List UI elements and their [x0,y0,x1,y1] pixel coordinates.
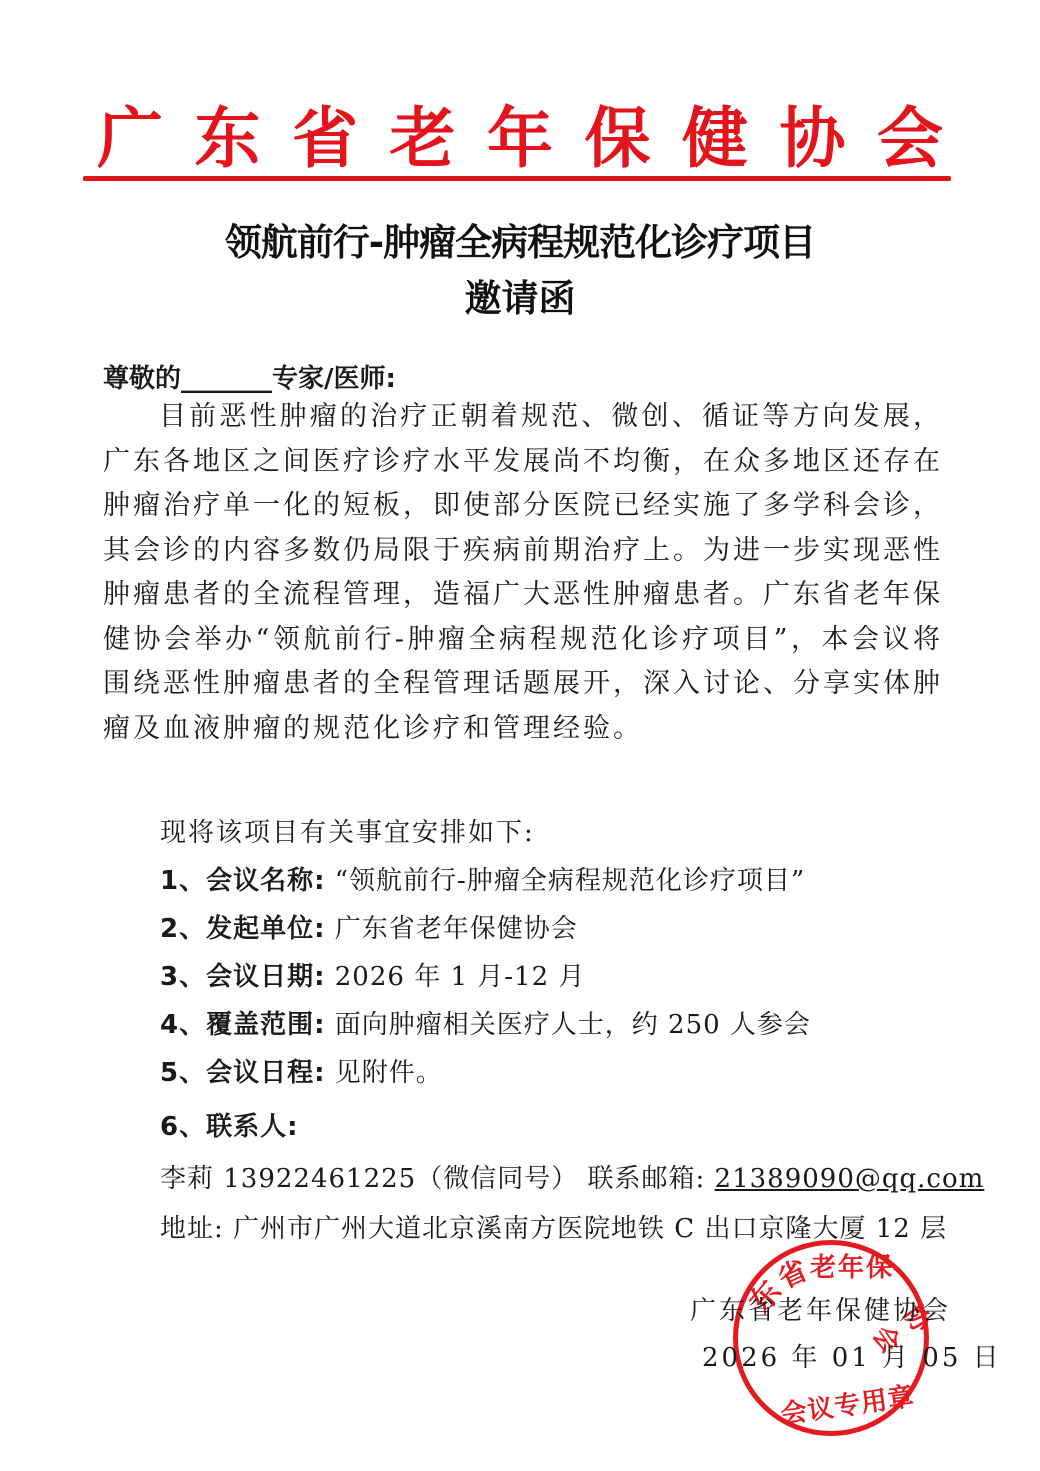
arrangement-intro: 现将该项目有关事宜安排如下: [160,812,535,849]
item-contact-person: 6、联系人: [160,1106,299,1143]
item-value: 面向肿瘤相关医疗人士，约 250 人参会 [335,1010,811,1040]
letterhead-org-name: 广 东 省 老 年 保 健 协 会 [90,98,950,178]
seal-bottom-text: 会议专用章 [778,1376,917,1431]
body-paragraph: 目前恶性肿瘤的治疗正朝着规范、微创、循证等方向发展，广东各地区之间医疗诊疗水平发… [103,395,943,751]
item-label: 1、会议名称: [160,866,326,896]
letterhead-char: 省 [285,98,365,178]
item-label: 2、发起单位: [160,914,326,944]
contact-line: 李莉 13922461225（微信同号） 联系邮箱: 21389090@qq.c… [160,1158,984,1195]
document-subtitle: 邀请函 [0,268,1040,322]
item-organizer: 2、发起单位: 广东省老年保健协会 [160,908,578,945]
letterhead-char: 协 [773,98,853,178]
item-label: 6、联系人: [160,1112,299,1142]
item-label: 5、会议日程: [160,1058,326,1088]
item-value: 2026 年 1 月-12 月 [335,962,586,992]
signature-date: 2026 年 01 月 05 日 [702,1337,1002,1374]
letterhead-char: 广 [90,98,170,178]
letterhead-char: 保 [578,98,658,178]
item-label: 3、会议日期: [160,962,326,992]
item-value: 见附件。 [335,1058,443,1088]
letterhead-char: 东 [188,98,268,178]
signature-org: 广东省老年保健协会 [690,1290,951,1327]
item-coverage: 4、覆盖范围: 面向肿瘤相关医疗人士，约 250 人参会 [160,1004,811,1041]
item-value: 广东省老年保健协会 [335,914,578,944]
document-title: 领航前行-肿瘤全病程规范化诊疗项目 [0,212,1040,266]
item-meeting-date: 3、会议日期: 2026 年 1 月-12 月 [160,956,585,993]
item-label: 4、覆盖范围: [160,1010,326,1040]
item-schedule: 5、会议日程: 见附件。 [160,1052,443,1089]
contact-name-phone: 李莉 13922461225（微信同号） 联系邮箱: [160,1164,705,1194]
letterhead-char: 健 [675,98,755,178]
item-meeting-name: 1、会议名称: “领航前行-肿瘤全病程规范化诊疗项目” [160,860,805,897]
seal-arc-text-part: 老年保 [810,1247,894,1284]
letterhead-char: 会 [870,98,950,178]
letterhead-char: 老 [383,98,463,178]
salutation: 尊敬的_______专家/医师: [103,358,396,395]
letterhead-char: 年 [480,98,560,178]
item-value: “领航前行-肿瘤全病程规范化诊疗项目” [335,866,805,896]
letterhead-divider [83,176,951,181]
contact-email-link[interactable]: 21389090@qq.com [715,1164,985,1194]
